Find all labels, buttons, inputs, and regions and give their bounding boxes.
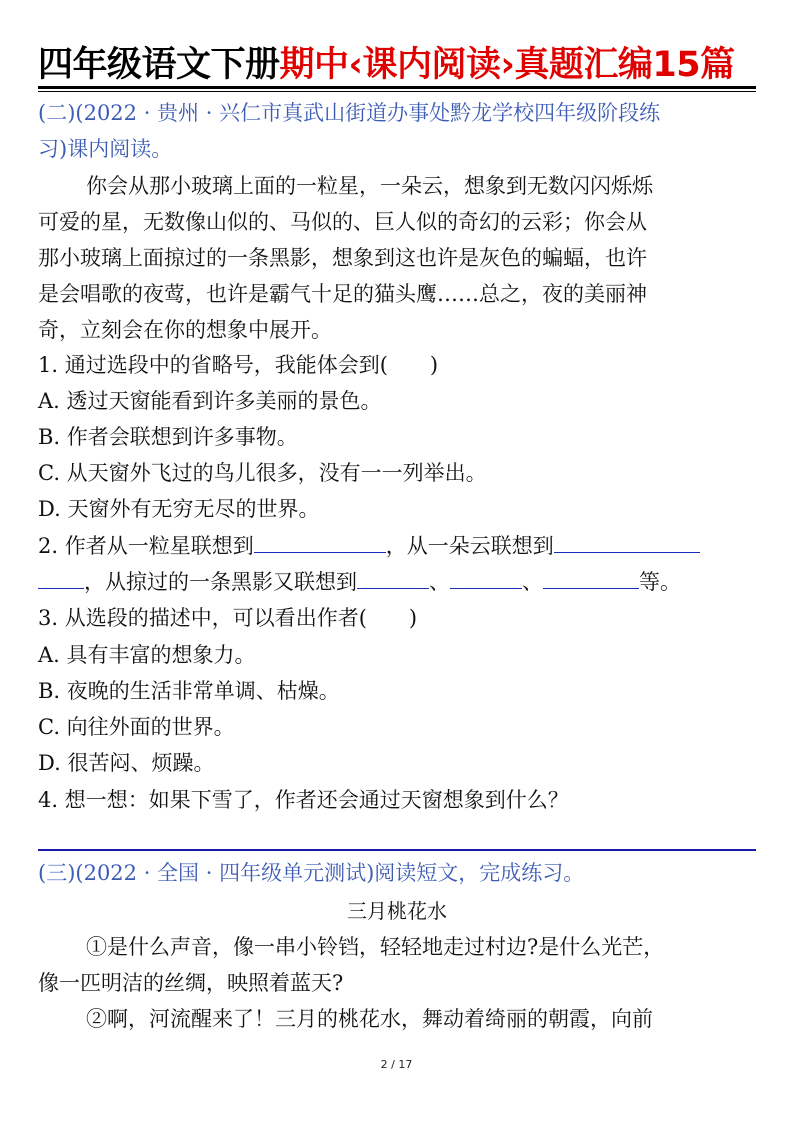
section3-heading: (三)(2022 · 全国 · 四年级单元测试)阅读短文，完成练习。: [38, 855, 756, 891]
page-title: 四年级语文下册期中‹课内阅读›真题汇编15篇: [38, 42, 756, 88]
question-1-option-d: D. 天窗外有无穷无尽的世界。: [38, 491, 756, 527]
section2-heading-line2: 习)课内阅读。: [38, 131, 756, 167]
question-3-option-a: A. 具有丰富的想象力。: [38, 637, 756, 673]
section2-heading-line1: (二)(2022 · 贵州 · 兴仁市真武山街道办事处黔龙学校四年级阶段练: [38, 95, 756, 131]
answer-blank-shadow-2[interactable]: [450, 566, 522, 589]
question-3-option-d: D. 很苦闷、烦躁。: [38, 745, 756, 781]
question-2-line2: ，从掠过的一条黑影又联想到、、等。: [38, 564, 756, 600]
article-paragraph-line: ②啊，河流醒来了！三月的桃花水，舞动着绮丽的朝霞，向前: [38, 1001, 756, 1037]
answer-blank-shadow-3[interactable]: [543, 566, 639, 589]
separator: 、: [429, 570, 450, 594]
question-2-part1: 2. 作者从一粒星联想到: [38, 534, 254, 558]
question-2-part2: ，从一朵云联想到: [386, 534, 554, 558]
title-red-part: 期中‹课内阅读›真题汇编15篇: [280, 45, 735, 85]
separator: 、: [522, 570, 543, 594]
title-underline-thin: [38, 91, 756, 92]
passage-line: 可爱的星，无数像山似的、马似的、巨人似的奇幻的云彩；你会从: [38, 204, 756, 240]
title-black-part: 四年级语文下册: [38, 45, 280, 85]
question-2-line1: 2. 作者从一粒星联想到，从一朵云联想到: [38, 528, 756, 564]
passage-line: 你会从那小玻璃上面的一粒星，一朵云，想象到无数闪闪烁烁: [38, 168, 756, 204]
title-underline-thick: [38, 86, 756, 89]
question-4-stem: 4. 想一想：如果下雪了，作者还会通过天窗想象到什么？: [38, 782, 756, 818]
question-3-stem: 3. 从选段的描述中，可以看出作者( ): [38, 600, 756, 636]
passage-line: 奇，立刻会在你的想象中展开。: [38, 312, 756, 348]
article-paragraph-line: ①是什么声音，像一串小铃铛，轻轻地走过村边?是什么光芒，: [38, 929, 756, 965]
question-2-part3: ，从掠过的一条黑影又联想到: [84, 570, 357, 594]
section-divider: [38, 849, 756, 851]
question-1-stem: 1. 通过选段中的省略号，我能体会到( ): [38, 347, 756, 383]
article-title: 三月桃花水: [38, 893, 756, 929]
answer-blank-shadow-1[interactable]: [357, 566, 429, 589]
question-2-part4: 等。: [639, 570, 681, 594]
passage-line: 那小玻璃上面掠过的一条黑影，想象到这也许是灰色的蝙蝠，也许: [38, 240, 756, 276]
article-paragraph-line: 像一匹明洁的丝绸，映照着蓝天?: [38, 965, 756, 1001]
answer-blank-star[interactable]: [254, 530, 386, 553]
question-3-option-c: C. 向往外面的世界。: [38, 709, 756, 745]
question-3-option-b: B. 夜晚的生活非常单调、枯燥。: [38, 673, 756, 709]
answer-blank-cloud-start[interactable]: [554, 530, 700, 553]
passage-line: 是会唱歌的夜莺，也许是霸气十足的猫头鹰……总之，夜的美丽神: [38, 276, 756, 312]
page-indicator: 2 / 17: [0, 1058, 793, 1071]
answer-blank-cloud-end[interactable]: [38, 566, 84, 589]
question-1-option-c: C. 从天窗外飞过的鸟儿很多，没有一一列举出。: [38, 455, 756, 491]
question-1-option-b: B. 作者会联想到许多事物。: [38, 419, 756, 455]
question-1-option-a: A. 透过天窗能看到许多美丽的景色。: [38, 383, 756, 419]
